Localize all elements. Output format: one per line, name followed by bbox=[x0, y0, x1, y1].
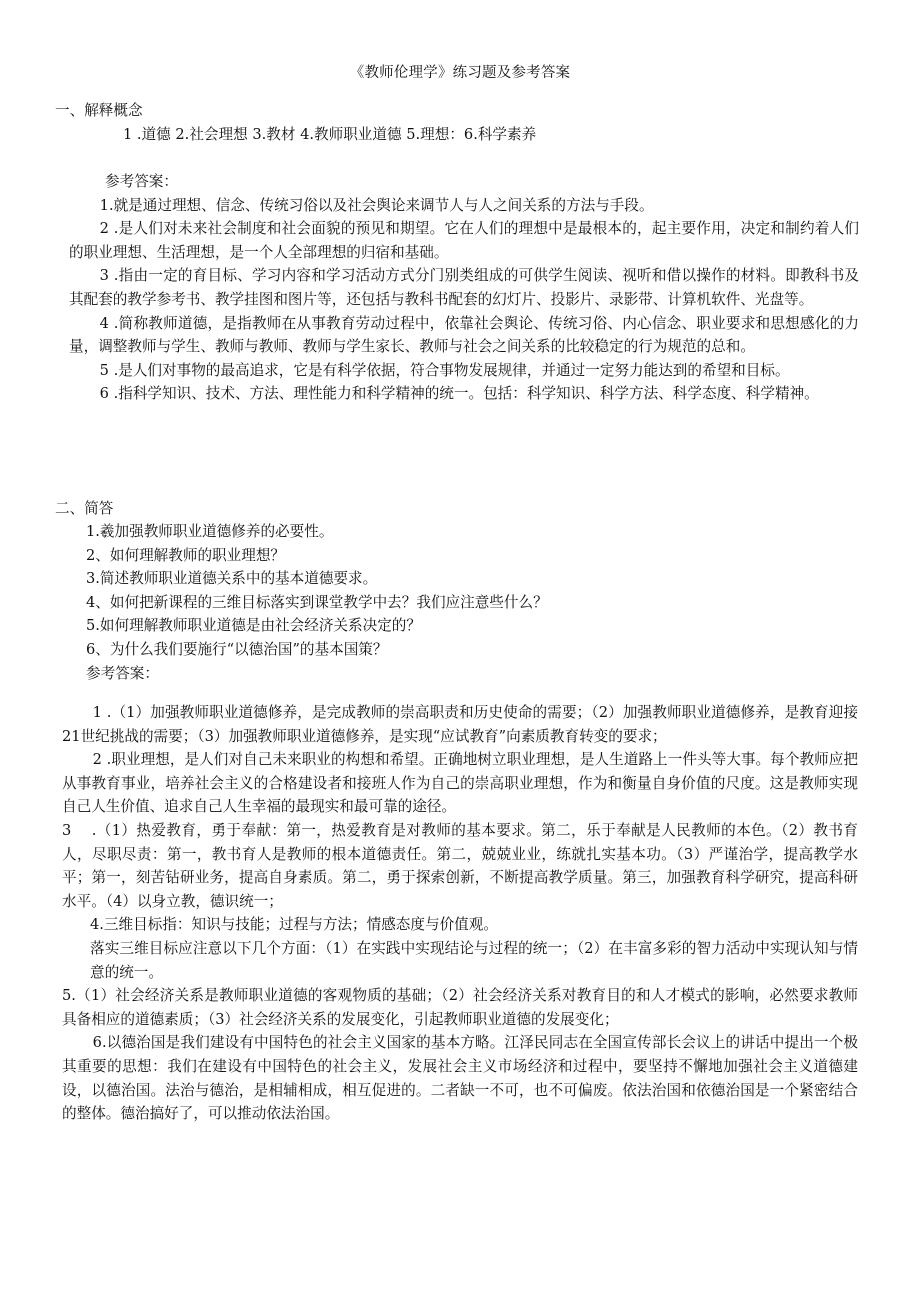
terms-list: 1 .道德 2.社会理想 3.教材 4.教师职业道德 5.理想：6.科学素养 bbox=[69, 123, 859, 147]
answer-item: 4.三维目标指：知识与技能；过程与方法；情感态度与价值观。 bbox=[62, 913, 858, 937]
answer-item: 3 .（1）热爱教育，勇于奉献：第一，热爱教育是对教师的基本要求。第二，乐于奉献… bbox=[62, 819, 858, 913]
answer-item: 5 .是人们对事物的最高追求，它是有科学依据，符合事物发展规律，并通过一定努力能… bbox=[69, 359, 859, 383]
answer-item: 4 .简称教师道德，是指教师在从事教育劳动过程中，依靠社会舆论、传统习俗、内心信… bbox=[69, 312, 859, 359]
section-1-terms: 1 .道德 2.社会理想 3.教材 4.教师职业道德 5.理想：6.科学素养 bbox=[69, 123, 859, 147]
section-2-heading: 二、简答 bbox=[55, 497, 845, 521]
answer-item: 2 .职业理想，是人们对自己未来职业的构想和希望。正确地树立职业理想，是人生道路… bbox=[62, 748, 858, 819]
section-1-answers: 参考答案： 1.就是通过理想、信念、传统习俗以及社会舆论来调节人与人之间关系的方… bbox=[69, 170, 859, 406]
section-1-heading: 一、解释概念 bbox=[69, 99, 859, 123]
section-heading: 二、简答 bbox=[55, 497, 845, 521]
answer-item: 6.以德治国是我们建设有中国特色的社会主义国家的基本方略。江泽民同志在全国宣传部… bbox=[62, 1031, 858, 1125]
question-item: 6、为什么我们要施行“以德治国”的基本国策？ bbox=[86, 638, 876, 662]
answer-label: 参考答案： bbox=[86, 662, 876, 686]
document-title: 《教师伦理学》练习题及参考答案 bbox=[0, 61, 920, 82]
answer-item: 落实三维目标应注意以下几个方面：（1）在实践中实现结论与过程的统一；（2）在丰富… bbox=[62, 937, 858, 984]
document-page: 《教师伦理学》练习题及参考答案 一、解释概念 1 .道德 2.社会理想 3.教材… bbox=[0, 0, 920, 1301]
answer-item: 2 .是人们对未来社会制度和社会面貌的预见和期望。它在人们的理想中是最根本的，起… bbox=[69, 217, 859, 264]
answer-item: 1 .（1）加强教师职业道德修养，是完成教师的崇高职责和历史使命的需要；（2）加… bbox=[62, 701, 858, 748]
section-2-answers: 1 .（1）加强教师职业道德修养，是完成教师的崇高职责和历史使命的需要；（2）加… bbox=[62, 701, 858, 1126]
question-item: 3.简述教师职业道德关系中的基本道德要求。 bbox=[86, 567, 876, 591]
section-2-questions: 1.羲加强教师职业道德修养的必要性。 2、如何理解教师的职业理想？ 3.简述教师… bbox=[86, 520, 876, 685]
answer-item: 3 .指由一定的育目标、学习内容和学习活动方式分门别类组成的可供学生阅读、视听和… bbox=[69, 264, 859, 311]
section-heading: 一、解释概念 bbox=[55, 99, 859, 123]
answer-item: 1.就是通过理想、信念、传统习俗以及社会舆论来调节人与人之间关系的方法与手段。 bbox=[69, 194, 859, 218]
question-item: 4、如何把新课程的三维目标落实到课堂教学中去？我们应注意些什么？ bbox=[86, 591, 876, 615]
answer-item: 5.（1）社会经济关系是教师职业道德的客观物质的基础；（2）社会经济关系对教育目… bbox=[62, 984, 858, 1031]
answer-label: 参考答案： bbox=[69, 170, 859, 194]
answer-item: 6 .指科学知识、技术、方法、理性能力和科学精神的统一。包括：科学知识、科学方法… bbox=[69, 382, 859, 406]
question-item: 1.羲加强教师职业道德修养的必要性。 bbox=[86, 520, 876, 544]
question-item: 5.如何理解教师职业道德是由社会经济关系决定的？ bbox=[86, 614, 876, 638]
question-item: 2、如何理解教师的职业理想？ bbox=[86, 544, 876, 568]
